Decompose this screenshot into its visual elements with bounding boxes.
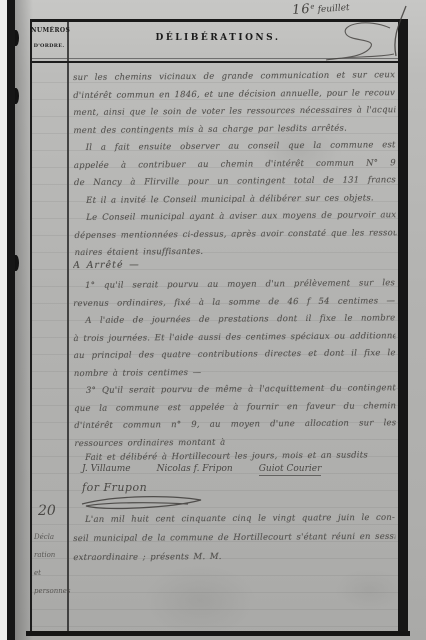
margin-note-word: Décla bbox=[34, 528, 66, 546]
header-rule-thick bbox=[32, 61, 398, 63]
signatures-row: J. Villaume Nicolas f. Fripon Guiot Cour… bbox=[82, 464, 321, 476]
signature: Nicolas f. Fripon bbox=[157, 464, 233, 476]
resolution-heading-wrap: A Arrêté — bbox=[73, 254, 399, 274]
deliberation1-para2: 1° qu'il serait pourvu au moyen d'un pré… bbox=[73, 275, 401, 453]
margin-note-word: personnes bbox=[34, 582, 66, 600]
entry-number: 20 bbox=[38, 503, 56, 519]
handwritten-line: extraordinaire ; présents M. M. bbox=[73, 547, 395, 568]
table-border-bottom bbox=[26, 631, 410, 636]
deliberations-header: DÉLIBÉRATIONS. bbox=[68, 33, 368, 43]
signature-with-paraph: for Frupon bbox=[82, 481, 147, 494]
deliberation1-para1: sur les chemins vicinaux de grande commu… bbox=[73, 67, 401, 262]
numeros-header: NUMÉROS bbox=[31, 27, 67, 34]
scan-margin-strip bbox=[0, 0, 7, 640]
resolution-heading: A Arrêté — bbox=[73, 254, 395, 274]
handwritten-line: seil municipal de la commune de Hortille… bbox=[73, 528, 395, 549]
margin-note-word: et bbox=[34, 564, 66, 582]
signature: Guiot Courier bbox=[259, 464, 322, 476]
deliberation2-body: L'an mil huit cent cinquante cinq le vin… bbox=[73, 509, 399, 568]
ordre-header: D'ORDRE. bbox=[31, 43, 67, 49]
scanned-register-page: NUMÉROS D'ORDRE. DÉLIBÉRATIONS. 16e feui… bbox=[0, 0, 426, 640]
header-rule-thin bbox=[32, 58, 398, 59]
folio-note: 16e feuillet bbox=[292, 0, 351, 18]
folio-number: 16 bbox=[292, 2, 312, 18]
handwritten-line: L'an mil huit cent cinquante cinq le vin… bbox=[73, 509, 395, 530]
folio-suffix: e bbox=[310, 2, 315, 10]
margin-note-word: ration bbox=[34, 546, 66, 564]
margin-note: Décla ration et personnes bbox=[34, 528, 66, 600]
table-border-right bbox=[398, 19, 408, 635]
table-border-top bbox=[30, 19, 408, 22]
folio-word: feuillet bbox=[317, 3, 350, 15]
signature: J. Villaume bbox=[82, 464, 131, 476]
